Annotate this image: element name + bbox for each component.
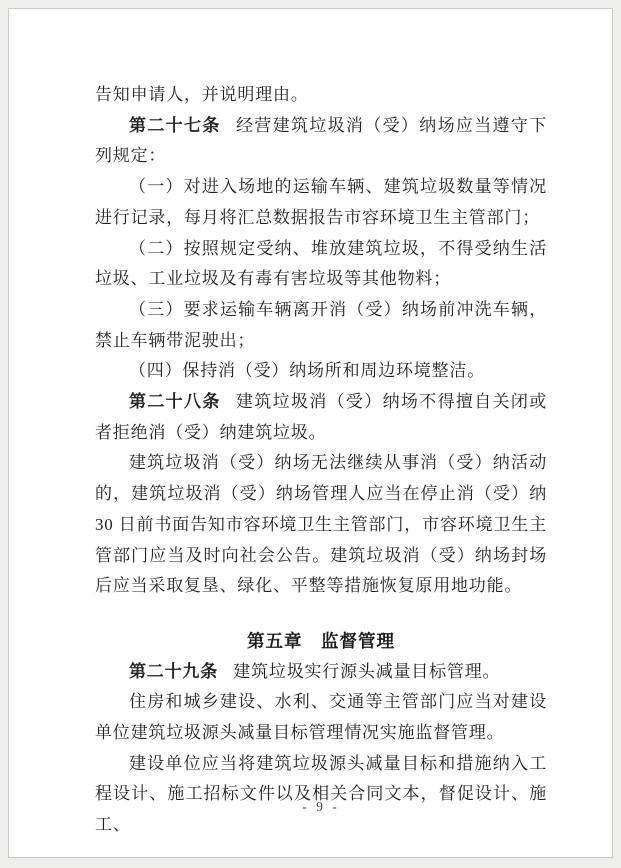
paragraph-continuation: 告知申请人，并说明理由。: [95, 80, 547, 111]
page-footer: - 9 -: [95, 799, 547, 815]
article-29-number: 第二十九条: [129, 662, 218, 681]
article-27-number: 第二十七条: [129, 116, 221, 135]
article-27-paragraph: 第二十七条经营建筑垃圾消（受）纳场应当遵守下列规定：: [95, 111, 547, 172]
article-27-item-4: （四）保持消（受）纳场所和周边环境整洁。: [95, 356, 547, 387]
document-page: 告知申请人，并说明理由。 第二十七条经营建筑垃圾消（受）纳场应当遵守下列规定： …: [8, 8, 613, 858]
article-27-item-2: （二）按照规定受纳、堆放建筑垃圾，不得受纳生活垃圾、工业垃圾及有毒有害垃圾等其他…: [95, 234, 547, 295]
article-28-number: 第二十八条: [129, 392, 221, 411]
article-29-body-paragraph-1: 住房和城乡建设、水利、交通等主管部门应当对建设单位建筑垃圾源头减量目标管理情况实…: [95, 687, 547, 748]
article-28-paragraph: 第二十八条建筑垃圾消（受）纳场不得擅自关闭或者拒绝消（受）纳建筑垃圾。: [95, 387, 547, 448]
article-27-item-1: （一）对进入场地的运输车辆、建筑垃圾数量等情况进行记录，每月将汇总数据报告市容环…: [95, 172, 547, 233]
page-number: - 9 -: [302, 799, 340, 814]
article-29-body-paragraph-2: 建设单位应当将建筑垃圾源头减量目标和措施纳入工程设计、施工招标文件以及相关合同文…: [95, 749, 547, 841]
article-28-body-paragraph: 建筑垃圾消（受）纳场无法继续从事消（受）纳活动的，建筑垃圾消（受）纳场管理人应当…: [95, 448, 547, 602]
article-27-item-3: （三）要求运输车辆离开消（受）纳场前冲洗车辆，禁止车辆带泥驶出；: [95, 295, 547, 356]
document-text: 告知申请人，并说明理由。 第二十七条经营建筑垃圾消（受）纳场应当遵守下列规定： …: [95, 80, 547, 841]
article-29-text: 建筑垃圾实行源头减量目标管理。: [233, 662, 500, 681]
article-29-paragraph: 第二十九条建筑垃圾实行源头减量目标管理。: [95, 657, 547, 688]
chapter-5-heading: 第五章 监督管理: [95, 626, 547, 657]
